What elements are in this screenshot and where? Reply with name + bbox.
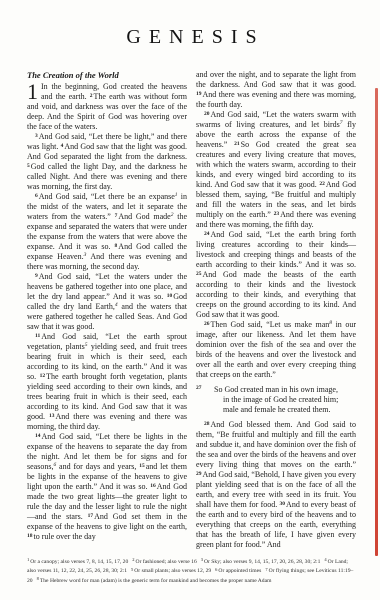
footnote-marker: 2 [171,212,174,218]
footnote-item: 6Or appointed times [215,568,261,574]
verse-paragraph: 11And God said, “Let the earth sprout ve… [27,332,187,432]
poetry-line: So God created man in his own image, [214,385,356,395]
poetry-lines: So God created man in his own image,in t… [214,385,356,415]
footnote-number: 2 [132,557,134,562]
verse-number: 3 [35,133,38,139]
footnote-number: 3 [201,557,203,562]
verse-paragraph: 9And God said, “Let the waters under the… [27,272,187,332]
text-columns: The Creation of the World 1In the beginn… [27,70,356,550]
verse-number: 14 [35,433,41,439]
footnote-marker: 3 [84,252,87,258]
verse-number: 15 [139,463,145,469]
verse-number: 23 [274,211,280,217]
verse-number: 16 [150,483,156,489]
verse-paragraph: 3And God said, “Let there be light,” and… [27,132,187,192]
footnote-number: 7 [265,567,267,572]
verse-number: 26 [204,321,210,327]
poetry-verse-number: 27 [196,383,202,393]
footnote-number: 4 [324,557,326,562]
verse-number: 24 [204,231,210,237]
verse-number: 21 [234,141,240,147]
verse-paragraph: and over the night, and to separate the … [196,70,356,110]
verse-number: 22 [319,181,325,187]
footnote-marker: 5 [85,342,88,348]
footnote-number: 5 [131,567,133,572]
verse-number: 29 [196,471,202,477]
footnote-item: 2Or fashioned; also verse 16 [132,559,196,565]
section-heading: The Creation of the World [27,70,187,81]
verse-paragraph: 6And God said, “Let there be an expanse1… [27,192,187,272]
verse-paragraph: 1In the beginning, God created the heave… [27,82,187,132]
footnotes-block: 1Or a canopy; also verses 7, 8, 14, 15, … [27,556,358,585]
verse-paragraph: 14And God said, “Let there be lights in … [27,432,187,542]
footnote-marker: 7 [340,120,343,126]
verse-number: 9 [35,273,38,279]
footnote-marker: 4 [115,302,118,308]
chapter-number-dropcap: 1 [27,82,41,101]
poetry-line: male and female he created them. [214,405,356,415]
ribbon-marker-line [375,88,378,556]
verse-number: 28 [204,421,210,427]
right-column: and over the night, and to separate the … [196,70,356,550]
footnote-number: 6 [215,567,217,572]
footnote-marker: 1 [175,192,178,198]
left-column: The Creation of the World 1In the beginn… [27,70,187,550]
footnote-item: 8The Hebrew word for man (adam) is the g… [37,578,272,584]
verse-number: 4 [61,143,64,149]
poetry-line: in the image of God he created him; [214,395,356,405]
verse-paragraph: 26Then God said, “Let us make man8 in ou… [196,320,356,380]
footnote-item: 3Or Sky; also verses 9, 14, 15, 17, 20, … [201,559,321,565]
verse-number: 17 [88,513,94,519]
poetry-block: 27 So God created man in his own image,i… [196,385,356,415]
verse-number: 18 [27,533,33,539]
verse-number: 11 [35,333,40,339]
verse-number: 19 [196,91,202,97]
verse-number: 25 [196,271,202,277]
verse-number: 20 [204,111,210,117]
verse-paragraph: 24And God said, “Let the earth bring for… [196,230,356,320]
footnote-number: 1 [27,557,29,562]
verse-number: 13 [49,413,55,419]
verse-number: 6 [35,193,38,199]
footnote-marker: 6 [53,462,56,468]
book-title: GENESIS [27,26,356,49]
footnote-marker: 8 [329,320,332,326]
verse-number: 12 [40,373,46,379]
verse-number: 7 [115,213,118,219]
verse-paragraph: 20And God said, “Let the waters swarm wi… [196,110,356,230]
verse-number: 8 [115,243,118,249]
footnote-item: 1Or a canopy; also verses 7, 8, 14, 15, … [27,559,128,565]
verse-paragraph: 28And God blessed them. And God said to … [196,420,356,550]
verse-number: 10 [167,293,173,299]
verse-number: 30 [280,501,286,507]
verse-number: 5 [27,163,30,169]
verse-number: 2 [90,93,93,99]
bible-page: GENESIS The Creation of the World 1In th… [0,0,380,600]
footnote-item: 5Or small plants; also verses 12, 29 [131,568,211,574]
footnote-number: 8 [37,576,39,581]
